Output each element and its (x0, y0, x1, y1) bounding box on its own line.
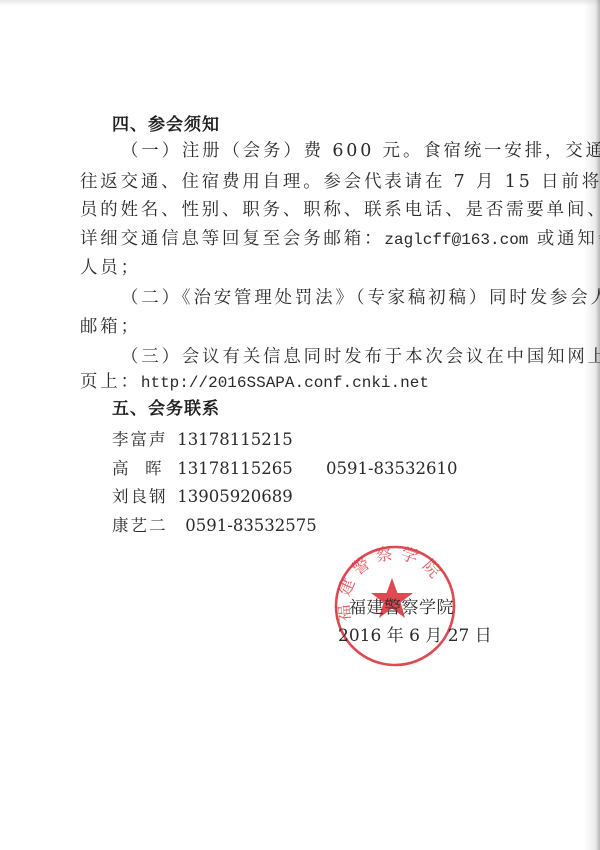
item-1-line-4-suffix: 或通知会务 (528, 229, 600, 249)
scan-edge-shadow (584, 0, 600, 850)
contact-name: 高 晖 (112, 459, 172, 479)
contact-name: 李富声 (112, 430, 172, 450)
contact-phone-secondary: 0591-83532610 (326, 459, 458, 479)
contact-phone: 0591-83532575 (185, 516, 317, 536)
item-3-line-1: （三）会议有关信息同时发布于本次会议在中国知网上的专 (80, 347, 561, 367)
contact-phone: 13178115215 (177, 430, 292, 450)
contact-row: 刘良钢 13905920689 (112, 487, 293, 507)
contact-phone: 13178115265 (177, 459, 292, 479)
contact-row: 高 晖 13178115265 0591-83532610 (112, 459, 458, 479)
item-1-line-3: 员的姓名、性别、职务、职称、联系电话、是否需要单间、参会 (80, 200, 520, 220)
contact-name: 刘良钢 (112, 487, 172, 507)
item-1-line-4: 详细交通信息等回复至会务邮箱：zaglcff@163.com 或通知会务 (80, 229, 520, 250)
contact-name: 康艺二 (112, 516, 172, 536)
item-2-line-2: 邮箱； (80, 317, 520, 337)
contact-row: 李富声 13178115215 (112, 430, 293, 450)
section-5-heading: 五、会务联系 (112, 399, 220, 419)
item-1-line-4-text: 详细交通信息等回复至会务邮箱： (80, 229, 384, 249)
item-1-line-2: 往返交通、住宿费用自理。参会代表请在 7 月 15 日前将参会人 (80, 172, 520, 192)
signing-organization: 福建警察学院 (349, 598, 454, 618)
section-4-heading: 四、参会须知 (112, 115, 220, 135)
conference-url: http://2016SSAPA.conf.cnki.net (141, 374, 429, 392)
item-3-line-2-text: 页上： (80, 372, 141, 392)
signing-date: 2016 年 6 月 27 日 (338, 626, 492, 646)
item-1-line-5: 人员； (80, 258, 520, 278)
item-1-line-1: （一）注册（会务）费 600 元。食宿统一安排，交通自订， (80, 141, 561, 161)
contact-email: zaglcff@163.com (384, 231, 528, 249)
scan-top-shadow (0, 0, 600, 6)
contact-phone: 13905920689 (177, 487, 292, 507)
contact-row: 康艺二 0591-83532575 (112, 516, 317, 536)
item-3-line-2: 页上：http://2016SSAPA.conf.cnki.net (80, 372, 520, 393)
item-2-line-1: （二）《治安管理处罚法》（专家稿初稿）同时发参会人员 (80, 288, 561, 308)
